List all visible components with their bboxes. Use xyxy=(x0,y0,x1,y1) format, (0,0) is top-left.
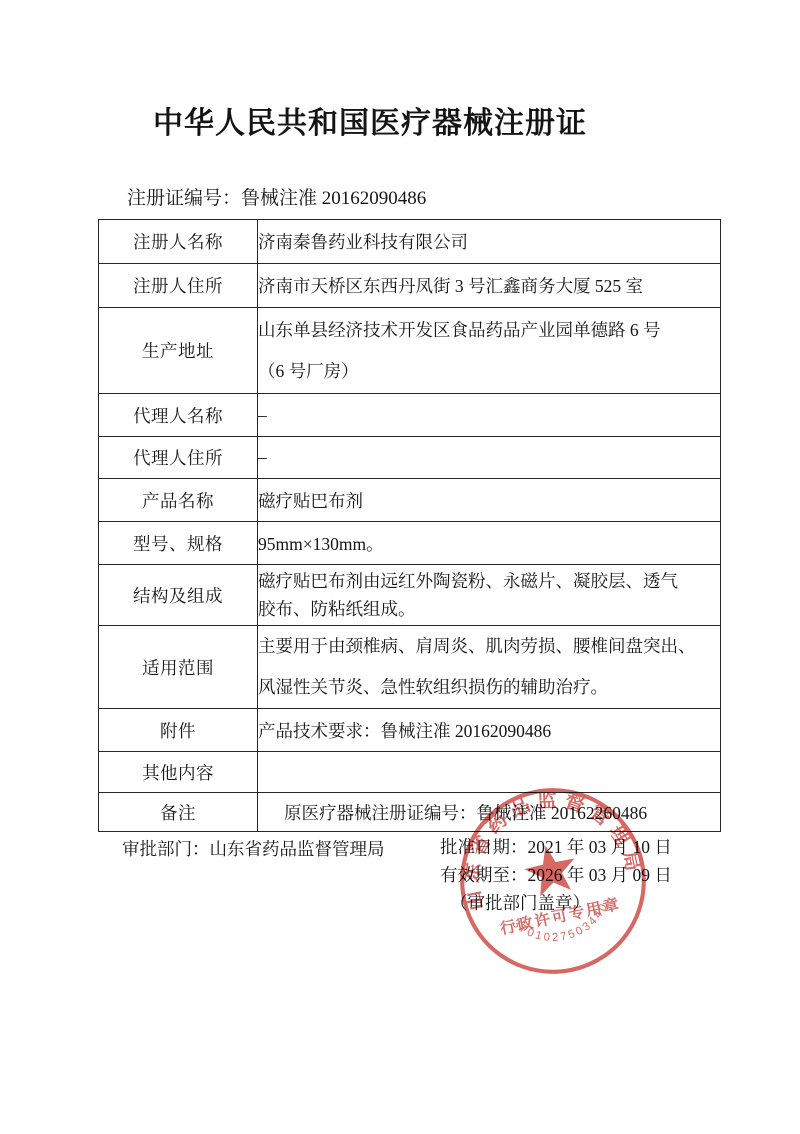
table-row-agent-name: 代理人名称 – xyxy=(99,394,721,437)
row-value xyxy=(258,752,721,793)
approval-department-label: 审批部门： xyxy=(122,839,210,859)
table-row-product-name: 产品名称 磁疗贴巴布剂 xyxy=(99,479,721,522)
row-label: 其他内容 xyxy=(99,752,258,793)
row-value: 山东单县经济技术开发区食品药品产业园单德路 6 号 （6 号厂房） xyxy=(258,308,721,394)
row-value: 产品技术要求：鲁械注准 20162090486 xyxy=(258,709,721,752)
table-row-agent-address: 代理人住所 – xyxy=(99,437,721,479)
row-label: 代理人名称 xyxy=(99,394,258,437)
row-value: 原医疗器械注册证编号：鲁械注准 20162260486 xyxy=(258,793,721,832)
table-row-attachment: 附件 产品技术要求：鲁械注准 20162090486 xyxy=(99,709,721,752)
valid-until-label: 有效期至： xyxy=(440,865,528,885)
row-label: 代理人住所 xyxy=(99,437,258,479)
valid-until-value: 2026 年 03 月 09 日 xyxy=(528,865,672,885)
registration-number-value: 鲁械注准 20162090486 xyxy=(241,188,426,209)
row-label: 结构及组成 xyxy=(99,565,258,626)
certificate-page: 中华人民共和国医疗器械注册证 注册证编号：鲁械注准 20162090486 注册… xyxy=(0,0,800,1134)
table-row-remarks: 备注 原医疗器械注册证编号：鲁械注准 20162260486 xyxy=(99,793,721,832)
table-row-registrant-address: 注册人住所 济南市天桥区东西丹凤街 3 号汇鑫商务大厦 525 室 xyxy=(99,264,721,308)
row-label: 附件 xyxy=(99,709,258,752)
row-value: 磁疗贴巴布剂由远红外陶瓷粉、永磁片、凝胶层、透气 胶布、防粘纸组成。 xyxy=(258,565,721,626)
approval-date-label: 批准日期： xyxy=(440,837,528,857)
table-row-registrant-name: 注册人名称 济南秦鲁药业科技有限公司 xyxy=(99,220,721,264)
approval-dates-block: 批准日期：2021 年 03 月 10 日 有效期至：2026 年 03 月 0… xyxy=(440,833,672,917)
row-value: 95mm×130mm。 xyxy=(258,522,721,565)
table-row-production-address: 生产地址 山东单县经济技术开发区食品药品产业园单德路 6 号 （6 号厂房） xyxy=(99,308,721,394)
row-label: 备注 xyxy=(99,793,258,832)
approval-date-value: 2021 年 03 月 10 日 xyxy=(528,837,672,857)
approval-department-value: 山东省药品监督管理局 xyxy=(210,839,385,859)
table-row-scope-of-application: 适用范围 主要用于由颈椎病、肩周炎、肌肉劳损、腰椎间盘突出、 风湿性关节炎、急性… xyxy=(99,626,721,709)
row-value: – xyxy=(258,437,721,479)
page-title: 中华人民共和国医疗器械注册证 xyxy=(0,98,740,142)
row-value: – xyxy=(258,394,721,437)
row-value: 济南市天桥区东西丹凤街 3 号汇鑫商务大厦 525 室 xyxy=(258,264,721,308)
registration-number-label: 注册证编号： xyxy=(127,188,241,209)
row-label: 型号、规格 xyxy=(99,522,258,565)
approval-date-line: 批准日期：2021 年 03 月 10 日 xyxy=(440,833,672,861)
registration-number-line: 注册证编号：鲁械注准 20162090486 xyxy=(127,183,426,210)
row-value: 济南秦鲁药业科技有限公司 xyxy=(258,220,721,264)
row-label: 适用范围 xyxy=(99,626,258,709)
row-value: 磁疗贴巴布剂 xyxy=(258,479,721,522)
table-row-other-content: 其他内容 xyxy=(99,752,721,793)
row-label: 注册人住所 xyxy=(99,264,258,308)
certificate-table: 注册人名称 济南秦鲁药业科技有限公司 注册人住所 济南市天桥区东西丹凤街 3 号… xyxy=(98,219,721,832)
table-row-structure-composition: 结构及组成 磁疗贴巴布剂由远红外陶瓷粉、永磁片、凝胶层、透气 胶布、防粘纸组成。 xyxy=(99,565,721,626)
row-label: 生产地址 xyxy=(99,308,258,394)
row-label: 注册人名称 xyxy=(99,220,258,264)
row-label: 产品名称 xyxy=(99,479,258,522)
approval-department-line: 审批部门：山东省药品监督管理局 xyxy=(122,836,385,861)
valid-until-line: 有效期至：2026 年 03 月 09 日 xyxy=(440,861,672,889)
seal-note: （审批部门盖章） xyxy=(440,889,672,917)
table-row-model-spec: 型号、规格 95mm×130mm。 xyxy=(99,522,721,565)
row-value: 主要用于由颈椎病、肩周炎、肌肉劳损、腰椎间盘突出、 风湿性关节炎、急性软组织损伤… xyxy=(258,626,721,709)
